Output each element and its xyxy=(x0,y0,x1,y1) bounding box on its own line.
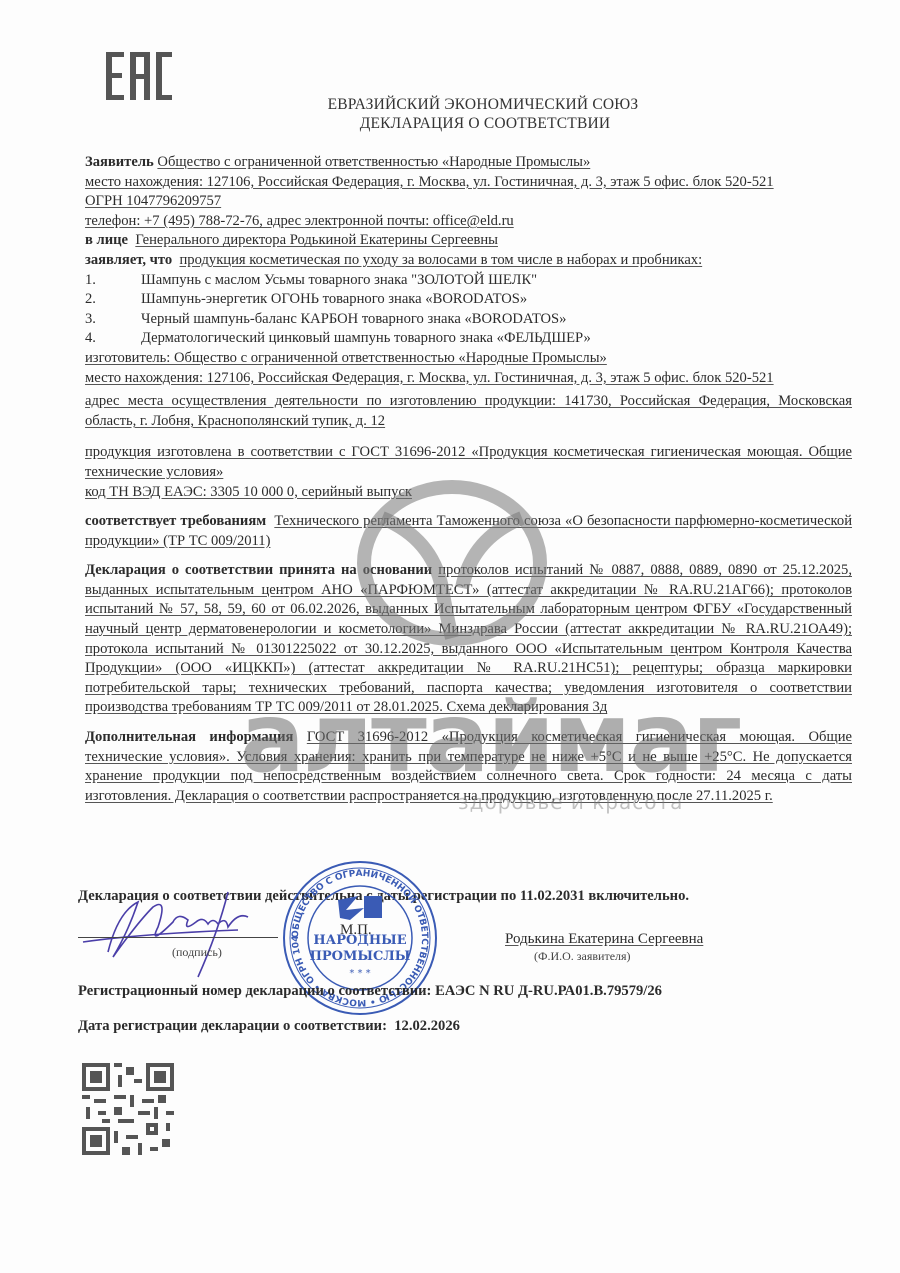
stamp-place-label: М.П. xyxy=(340,922,372,939)
document-title: ДЕКЛАРАЦИЯ О СООТВЕТСТВИИ xyxy=(0,115,900,133)
product-description: продукция косметическая по уходу за воло… xyxy=(179,252,702,268)
qr-code-icon xyxy=(82,1063,174,1155)
applicant-label: Заявитель xyxy=(85,154,154,170)
applicant-address: место нахождения: 127106, Российская Фед… xyxy=(85,173,852,193)
product-item: 2.Шампунь-энергетик ОГОНЬ товарного знак… xyxy=(85,290,852,310)
product-standard: продукция изготовлена в соответствии с Г… xyxy=(85,443,852,482)
registration-date: Дата регистрации декларации о соответств… xyxy=(78,1018,460,1035)
representative: Генерального директора Родькиной Екатери… xyxy=(135,232,498,248)
basis: Декларация о соответствии принята на осн… xyxy=(85,561,852,718)
signature-icon xyxy=(78,872,288,982)
applicant-section: Заявитель Общество с ограниченной ответс… xyxy=(85,153,852,806)
svg-text:ПРОМЫСЛЫ: ПРОМЫСЛЫ xyxy=(310,949,411,964)
signature-line xyxy=(78,937,278,938)
manufacturer-address: место нахождения: 127106, Российская Фед… xyxy=(85,369,852,389)
product-item: 4.Дерматологический цинковый шампунь тов… xyxy=(85,329,852,349)
applicant-name: Общество с ограниченной ответственностью… xyxy=(157,154,590,170)
signature-caption: (подпись) xyxy=(172,945,222,960)
production-address: адрес места осуществления деятельности п… xyxy=(85,392,852,431)
applicant-ogrn: ОГРН 1047796209757 xyxy=(85,193,221,209)
eac-logo xyxy=(106,52,172,100)
product-code: код ТН ВЭД ЕАЭС: 3305 10 000 0, серийный… xyxy=(85,484,412,500)
product-item: 1.Шампунь с маслом Усьмы товарного знака… xyxy=(85,271,852,291)
svg-text:* * *: * * * xyxy=(349,968,370,979)
name-caption: (Ф.И.О. заявителя) xyxy=(534,949,631,964)
additional-info: Дополнительная информация ГОСТ 31696-201… xyxy=(85,728,852,806)
compliance: соответствует требованиям Технического р… xyxy=(85,512,852,551)
product-item: 3.Черный шампунь-баланс КАРБОН товарного… xyxy=(85,310,852,330)
union-title: ЕВРАЗИЙСКИЙ ЭКОНОМИЧЕСКИЙ СОЮЗ xyxy=(0,96,900,114)
manufacturer-name: изготовитель: Общество с ограниченной от… xyxy=(85,350,607,366)
representative-label: в лице xyxy=(85,232,128,248)
registration-number: Регистрационный номер декларации о соотв… xyxy=(78,983,662,1000)
applicant-contacts: телефон: +7 (495) 788-72-76, адрес элект… xyxy=(85,213,514,229)
declares-label: заявляет, что xyxy=(85,252,172,268)
applicant-full-name: Родькина Екатерина Сергеевна xyxy=(505,931,703,948)
